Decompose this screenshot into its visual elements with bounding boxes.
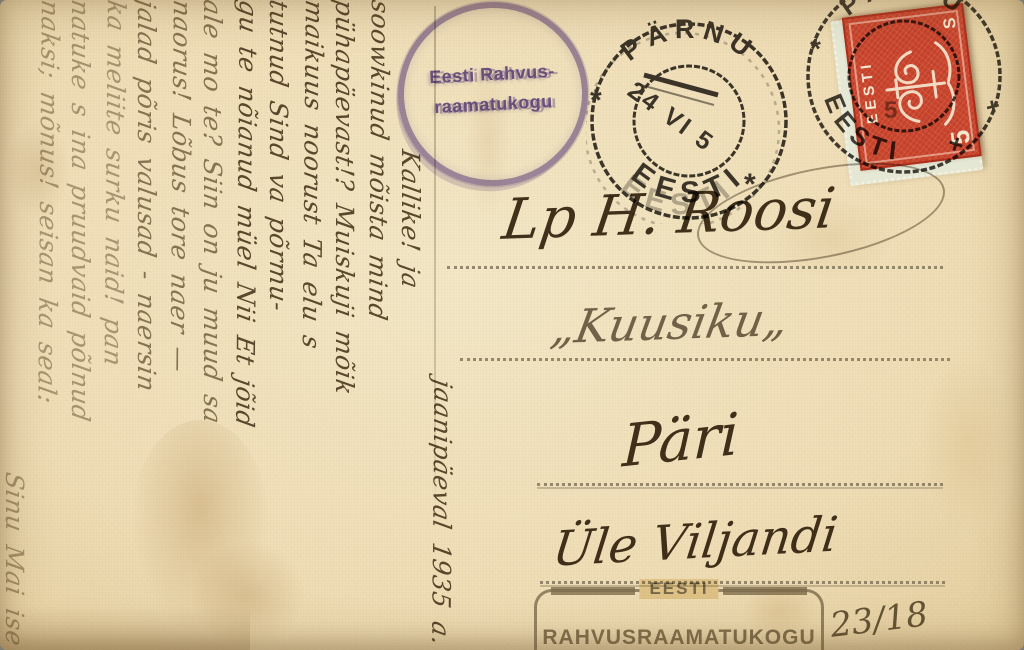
message-line: ka meliite surku naid! pan	[94, 0, 133, 650]
address-farm: „Kuusiku„	[547, 292, 793, 355]
address-name: Lp H. Roosi	[499, 176, 839, 253]
postmark-town: PÄRNU	[615, 18, 763, 67]
pencil-catalog-number: 23/18	[828, 594, 930, 646]
message-line: naorus! Lõbus tore naer —	[160, 0, 199, 650]
stain	[922, 355, 1012, 530]
postmark2-inner-ring	[849, 21, 959, 131]
address-rule-2	[460, 358, 950, 364]
box-stamp-bar-left	[551, 587, 635, 595]
address-village: Päri	[621, 400, 740, 481]
postmark-date: 24 VI 5	[622, 76, 720, 158]
message-line: pühapäevast!? Muiskuji mõik	[328, 0, 361, 650]
round-library-stamp-line2: raamatukogu	[404, 89, 583, 119]
postmark2-cross-2: +	[983, 92, 1003, 122]
message-line: soowkinud mõista mind	[358, 0, 397, 650]
postmark-star-left: *	[590, 84, 602, 117]
box-stamp-bar-right	[723, 587, 807, 595]
message-line: natuke s ina pruudvaid põlnud	[64, 0, 97, 650]
box-library-stamp: EESTI RAHVUSRAAMATUKOGU	[534, 589, 824, 650]
message-line: maikuus noorust Ta elu s	[292, 0, 331, 650]
postmark2-star: *	[810, 33, 821, 64]
postmark2-outer-ring	[808, 0, 1000, 172]
postcard-scan: jaanipäeval 1935 a. Kallike! ja soowkinu…	[0, 0, 1024, 650]
address-rule-1	[447, 266, 943, 272]
message-line: naksi; mõnus! seisan ka seal:	[28, 0, 67, 650]
box-stamp-country: EESTI	[639, 579, 718, 599]
postmark2-cross: +	[944, 127, 968, 160]
postmark-secondary: PÄRNU EESTI * + + 5	[798, 0, 1010, 178]
message-handwriting: jaanipäeval 1935 a. Kallike! ja soowkinu…	[0, 0, 460, 650]
address-via-town: Üle Viljandi	[550, 506, 841, 577]
postmark2-town: PÄRNU	[834, 0, 974, 21]
message-line: Sinu Mai ise	[0, 0, 31, 650]
message-line: tutnud Sind va põrmu-	[262, 0, 295, 650]
address-rule-3	[537, 483, 943, 489]
postmark2-digit: 5	[884, 97, 897, 124]
message-line: ale mo te? Siin on ju muud sa	[196, 0, 229, 650]
message-line: jalad põris valusad - naersin	[130, 0, 163, 650]
box-stamp-name: RAHVUSRAAMATUKOGU	[542, 626, 815, 650]
message-line: gu te nõianud müel Nii Et jõid	[226, 0, 265, 650]
round-library-stamp-line1: Eesti Rahvus-	[403, 59, 582, 89]
